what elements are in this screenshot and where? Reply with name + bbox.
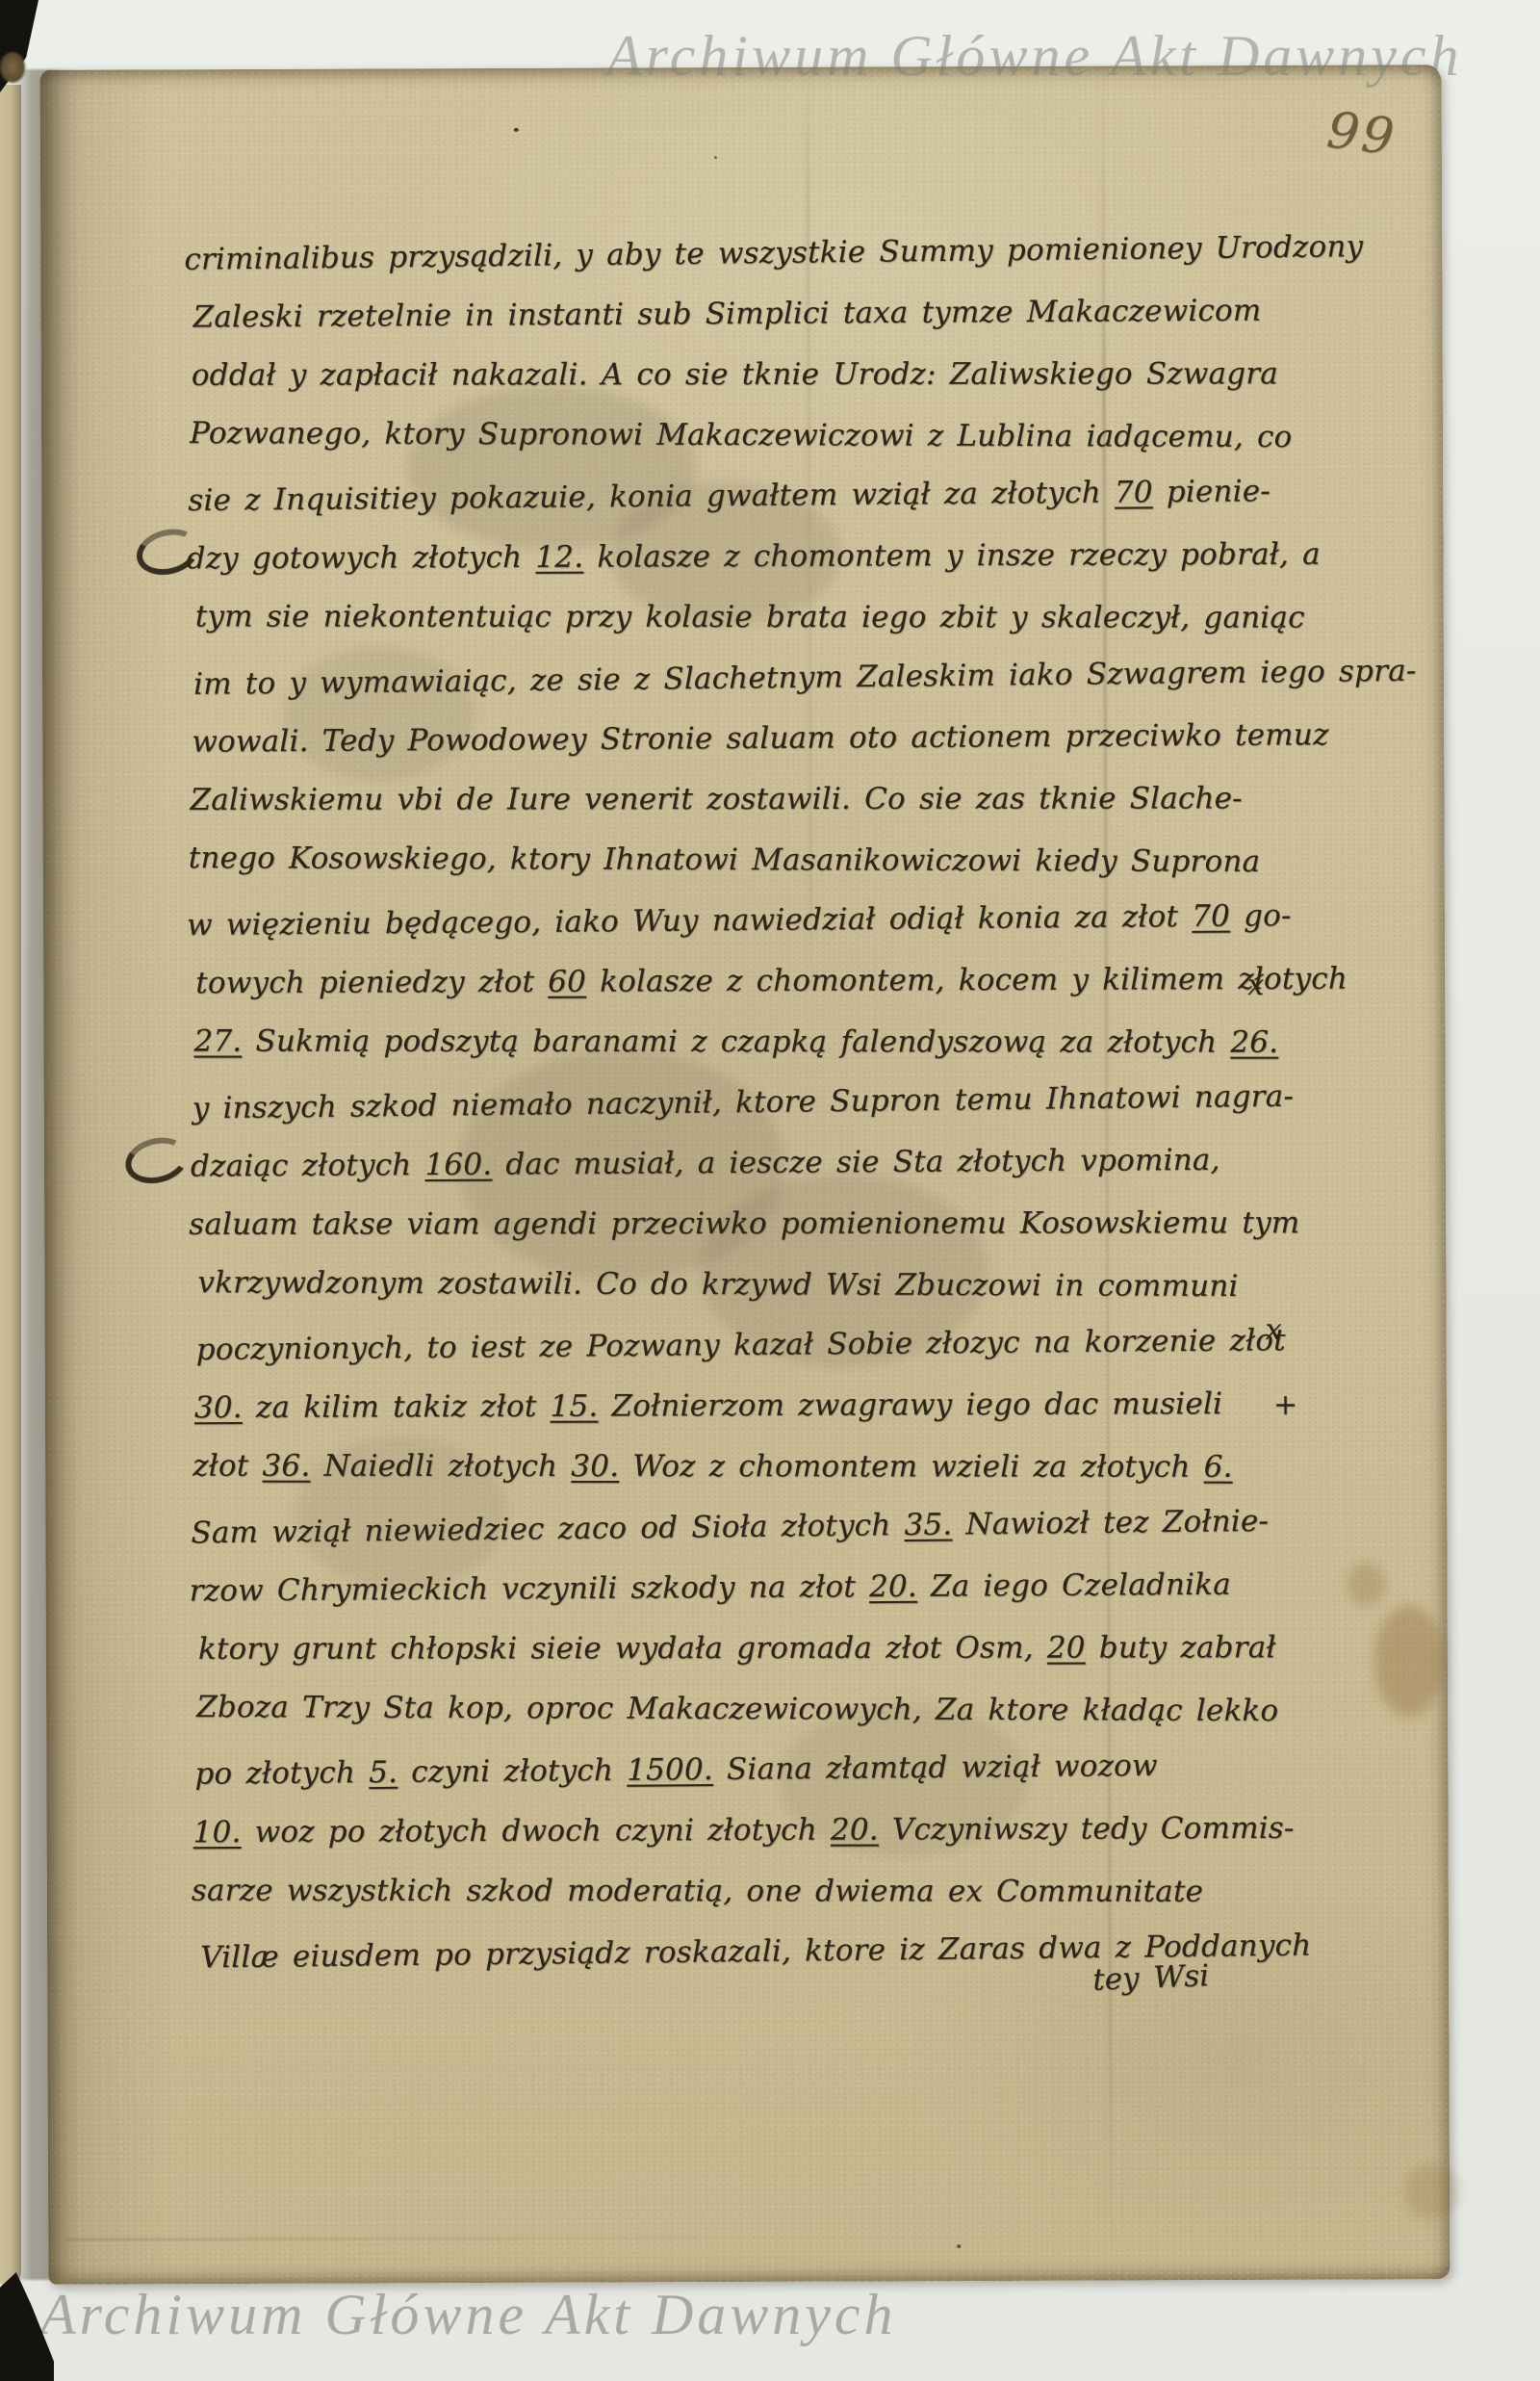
margin-mark: +	[1273, 1388, 1297, 1422]
watermark-bottom: Archiwum Główne Akt Dawnych	[40, 2282, 897, 2348]
foxing-stain	[1403, 2163, 1459, 2219]
text-line: 27. Sukmią podszytą baranami z czapką fa…	[193, 1023, 1278, 1059]
paragraph-flourish	[120, 1131, 192, 1190]
text-line: Zboza Trzy Sta kop, oproc Makaczewicowyc…	[196, 1690, 1278, 1728]
text-line: dzy gotowych złotych 12. kolasze z chomo…	[186, 537, 1320, 577]
ink-speck	[714, 156, 717, 159]
margin-mark: x	[1247, 969, 1264, 1002]
adjacent-page-edge	[0, 85, 21, 2286]
ink-speck	[514, 128, 519, 132]
text-line: poczynionych, to iest ze Pozwany kazał S…	[196, 1323, 1286, 1367]
manuscript-text: criminalibus przysądzili, y aby te wszys…	[189, 233, 1379, 2048]
text-line: saluam takse viam agendi przeciwko pomie…	[189, 1205, 1299, 1242]
text-line: sarze wszystkich szkod moderatią, one dw…	[192, 1874, 1203, 1909]
text-line: im to y wymawiaiąc, ze sie z Slachetnym …	[193, 654, 1417, 702]
text-line: rzow Chrymieckich vczynili szkody na zło…	[190, 1567, 1231, 1609]
page-number: 99	[1324, 101, 1400, 167]
text-line: Pozwanego, ktory Supronowi Makaczewiczow…	[190, 416, 1292, 454]
manuscript-page: 99 criminalibus przysądzili, y aby te ws…	[40, 65, 1450, 2285]
text-line: Sam wziął niewiedziec zaco od Sioła złot…	[191, 1504, 1269, 1551]
text-line: towych pieniedzy złot 60 kolasze z chomo…	[195, 962, 1347, 1001]
text-line: wowali. Tedy Powodowey Stronie saluam ot…	[192, 717, 1328, 759]
text-line: tym sie niekontentuiąc przy kolasie brat…	[195, 599, 1305, 634]
text-line: złot 36. Naiedli złotych 30. Woz z chomo…	[192, 1449, 1232, 1485]
archival-scan: { "archive": { "watermark_top": "Archiwu…	[0, 0, 1540, 2381]
text-line: ktory grunt chłopski sieie wydała gromad…	[198, 1630, 1276, 1667]
binding-corner-bottom-left	[0, 2272, 54, 2381]
text-line: 30. za kilim takiz złot 15. Zołnierzom z…	[194, 1386, 1222, 1425]
text-line: y inszych szkod niemało naczynił, ktore …	[192, 1079, 1295, 1126]
text-line: dzaiąc złotych 160. dac musiał, a iescze…	[191, 1143, 1220, 1184]
text-line: sie z Inquisitiey pokazuie, konia gwałte…	[188, 474, 1270, 518]
foxing-stain	[1374, 1605, 1444, 1717]
text-line: w więzieniu będącego, iako Wuy nawiedzia…	[187, 898, 1292, 943]
text-line: 10. woz po złotych dwoch czyni złotych 2…	[193, 1811, 1295, 1850]
text-line: Zaleski rzetelnie in instanti sub Simpli…	[192, 294, 1261, 335]
text-line: Zaliwskiemu vbi de Iure venerit zostawil…	[190, 781, 1242, 817]
text-line: oddał y zapłacił nakazali. A co sie tkni…	[192, 356, 1278, 393]
binding-fibers	[0, 52, 25, 83]
text-line: criminalibus przysądzili, y aby te wszys…	[184, 229, 1363, 277]
ink-speck	[957, 2244, 961, 2248]
margin-mark: x	[1266, 1313, 1282, 1347]
catchword: tey Wsi	[1092, 1958, 1210, 1998]
text-line: vkrzywdzonym zostawili. Co do krzywd Wsi…	[197, 1265, 1238, 1304]
fold-crease	[65, 2236, 850, 2241]
text-line: tnego Kosowskiego, ktory Ihnatowi Masani…	[189, 841, 1261, 879]
text-line: po złotych 5. czyni złotych 1500. Siana …	[194, 1748, 1158, 1792]
